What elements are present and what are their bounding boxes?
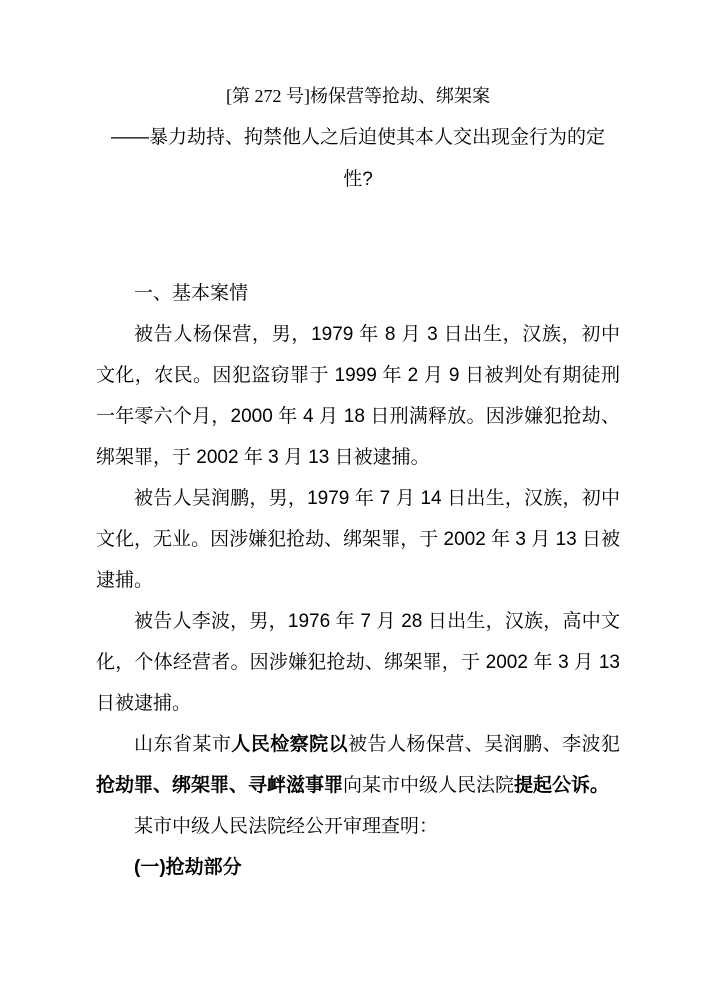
text-run: 被告人杨保营、吴润鹏、李波犯 bbox=[348, 734, 620, 755]
prosecution-paragraph: 山东省某市人民检察院以被告人杨保营、吴润鹏、李波犯抢劫罪、绑架罪、寻衅滋事罪向某… bbox=[96, 724, 620, 806]
defendant-paragraph-3: 被告人李波，男，1976 年 7 月 28 日出生，汉族，高中文化，个体经营者。… bbox=[96, 601, 620, 724]
subsection-heading-robbery: (一)抢劫部分 bbox=[96, 847, 620, 888]
defendant-paragraph-1: 被告人杨保营，男，1979 年 8 月 3 日出生，汉族，初中文化，农民。因犯盗… bbox=[96, 314, 620, 478]
case-subtitle-line2: 性? bbox=[96, 159, 620, 201]
trial-findings-paragraph: 某市中级人民法院经公开审理查明： bbox=[96, 806, 620, 847]
text-run-bold: 提起公诉。 bbox=[514, 775, 609, 796]
section-heading-basic-facts: 一、基本案情 bbox=[96, 273, 620, 314]
case-subtitle: ——暴力劫持、拘禁他人之后迫使其本人交出现金行为的定 性? bbox=[96, 117, 620, 201]
case-title: [第 272 号]杨保营等抢劫、绑架案 bbox=[96, 75, 620, 117]
text-run: 向某市中级人民法院 bbox=[343, 775, 514, 796]
text-run-bold: 人民检察院以 bbox=[231, 734, 348, 755]
defendant-paragraph-2: 被告人吴润鹏，男，1979 年 7 月 14 日出生，汉族，初中文化，无业。因涉… bbox=[96, 478, 620, 601]
document-page: [第 272 号]杨保营等抢劫、绑架案 ——暴力劫持、拘禁他人之后迫使其本人交出… bbox=[0, 0, 707, 999]
case-subtitle-line1: ——暴力劫持、拘禁他人之后迫使其本人交出现金行为的定 bbox=[96, 117, 620, 159]
text-run: 山东省某市 bbox=[134, 734, 231, 755]
text-run-bold: 抢劫罪、绑架罪、寻衅滋事罪 bbox=[96, 775, 343, 796]
